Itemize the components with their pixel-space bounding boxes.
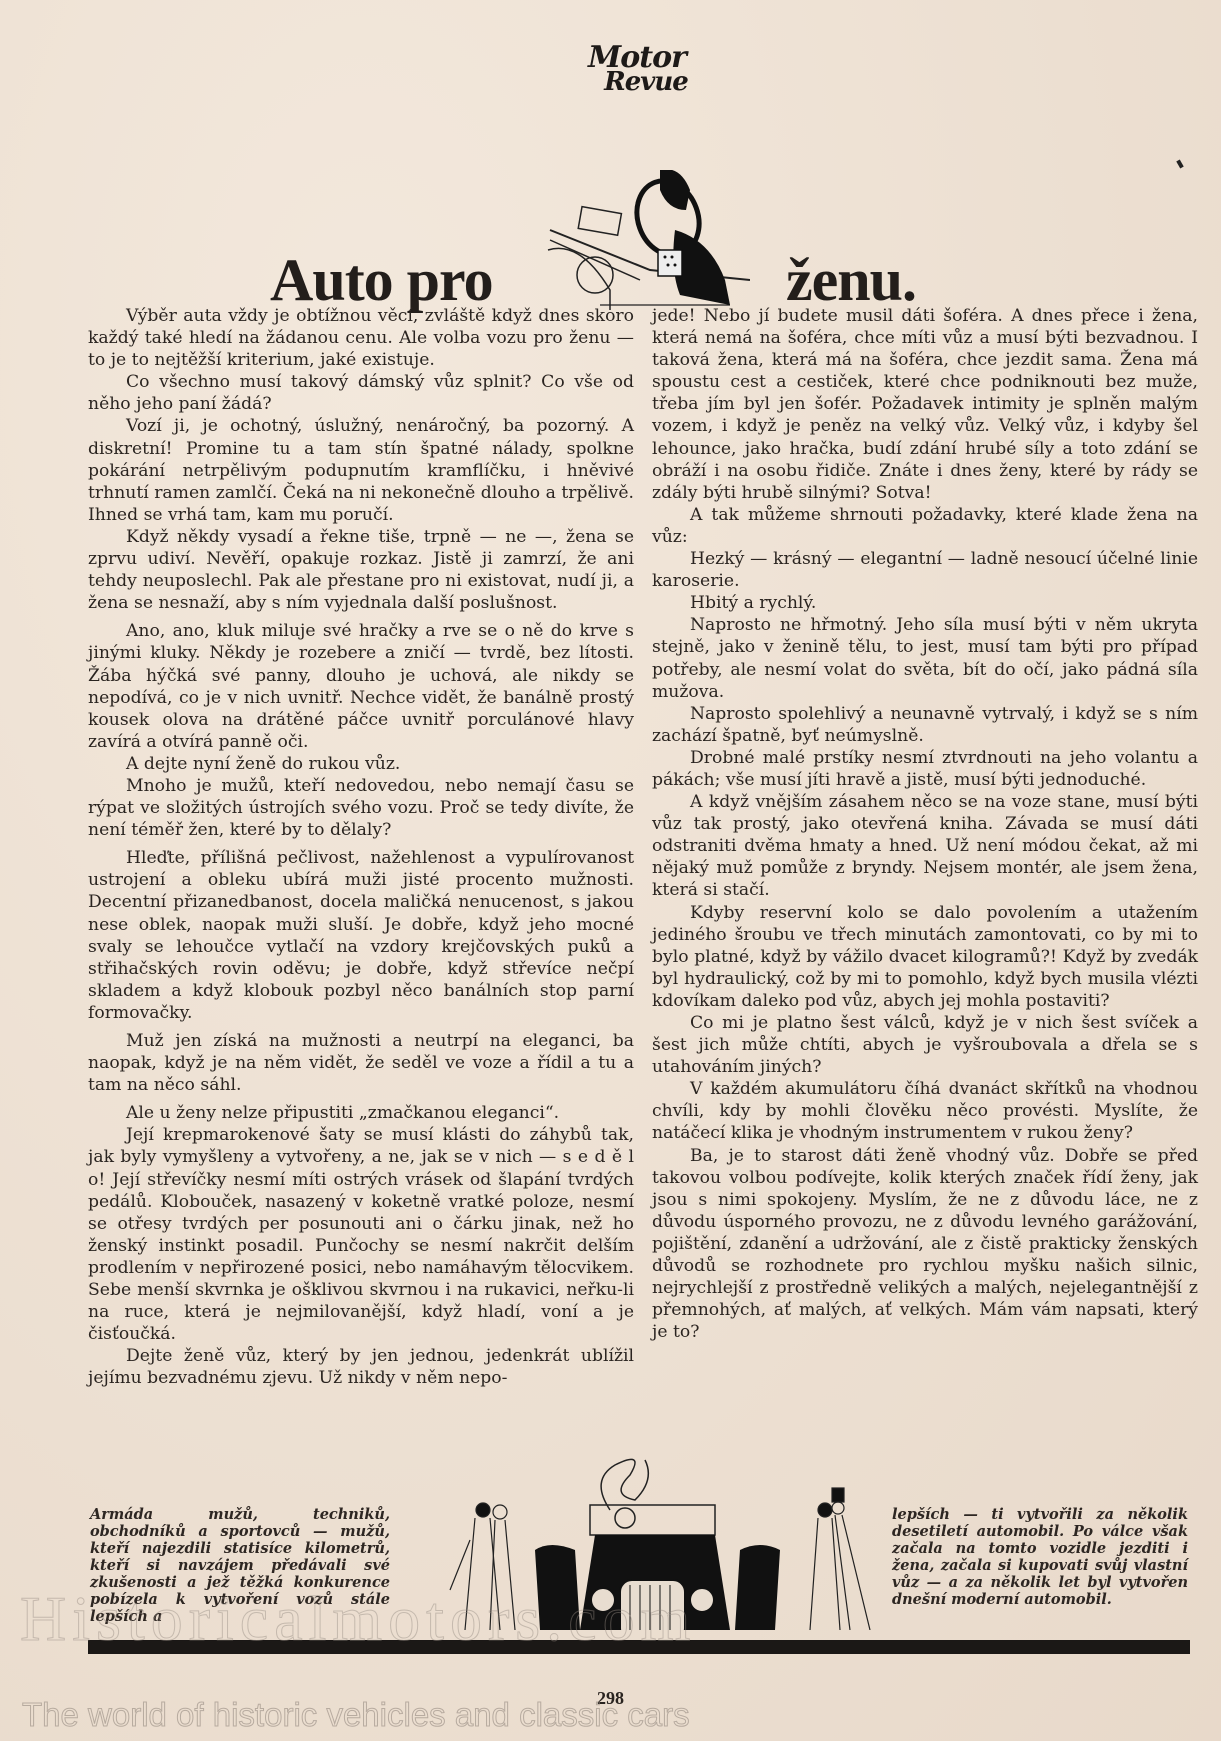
article-title-left: Auto pro xyxy=(270,250,493,310)
paragraph: Ba, je to starost dáti ženě vhodný vůz. … xyxy=(652,1145,1198,1344)
woman-driving-car-illustration-icon xyxy=(540,170,750,310)
watermark-tagline: The world of historic vehicles and class… xyxy=(22,1696,690,1734)
paragraph: V každém akumulátoru číhá dvanáct skřítk… xyxy=(652,1078,1198,1144)
paragraph: jede! Nebo jí budete musil dáti šoféra. … xyxy=(652,305,1198,504)
paragraph: Hezký — krásný — elegantní — ladně nesou… xyxy=(652,548,1198,592)
logo-line-2: Revue xyxy=(590,71,702,94)
print-speck xyxy=(1176,160,1183,169)
paragraph: Vozí ji, je ochotný, úslužný, nenáročný,… xyxy=(88,415,634,525)
paragraph: Hleďte, přílišná pečlivost, nažehlenost … xyxy=(88,847,634,1024)
magazine-logo: Motor Revue xyxy=(572,44,702,94)
paragraph: Naprosto ne hřmotný. Jeho síla musí býti… xyxy=(652,614,1198,702)
watermark-site: Historicalmotors.com xyxy=(20,1582,1220,1656)
paragraph: Naprosto spolehlivý a neunavně vytrvalý,… xyxy=(652,703,1198,747)
paragraph: A dejte nyní ženě do rukou vůz. xyxy=(88,753,634,775)
paragraph: A tak můžeme shrnouti požadavky, které k… xyxy=(652,504,1198,548)
paragraph: Dejte ženě vůz, který by jen jednou, jed… xyxy=(88,1345,634,1389)
article-column-right: jede! Nebo jí budete musil dáti šoféra. … xyxy=(652,305,1198,1343)
paragraph: Ano, ano, kluk miluje své hračky a rve s… xyxy=(88,620,634,753)
paragraph: Hbitý a rychlý. xyxy=(652,592,1198,614)
article-title-right: ženu. xyxy=(786,250,916,310)
paragraph: Drobné malé prstíky nesmí ztvrdnouti na … xyxy=(652,747,1198,791)
paragraph: Ale u ženy nelze připustiti „zmačkanou e… xyxy=(88,1102,634,1124)
paragraph: Když někdy vysadí a řekne tiše, trpně — … xyxy=(88,526,634,614)
paragraph: Muž jen získá na mužnosti a neutrpí na e… xyxy=(88,1030,634,1096)
paragraph: Co všechno musí takový dámský vůz splnit… xyxy=(88,371,634,415)
paragraph: A když vnějším zásahem něco se na voze s… xyxy=(652,791,1198,901)
paragraph: Kdyby reservní kolo se dalo povolením a … xyxy=(652,902,1198,1012)
article-column-left: Výběr auta vždy je obtížnou věcí, zvlášt… xyxy=(88,305,634,1390)
paragraph: Mnoho je mužů, kteří nedovedou, nebo nem… xyxy=(88,775,634,841)
paragraph: Výběr auta vždy je obtížnou věcí, zvlášt… xyxy=(88,305,634,371)
paragraph: Co mi je platno šest válců, když je v ni… xyxy=(652,1012,1198,1078)
paragraph: Její krepmarokenové šaty se musí klásti … xyxy=(88,1124,634,1345)
